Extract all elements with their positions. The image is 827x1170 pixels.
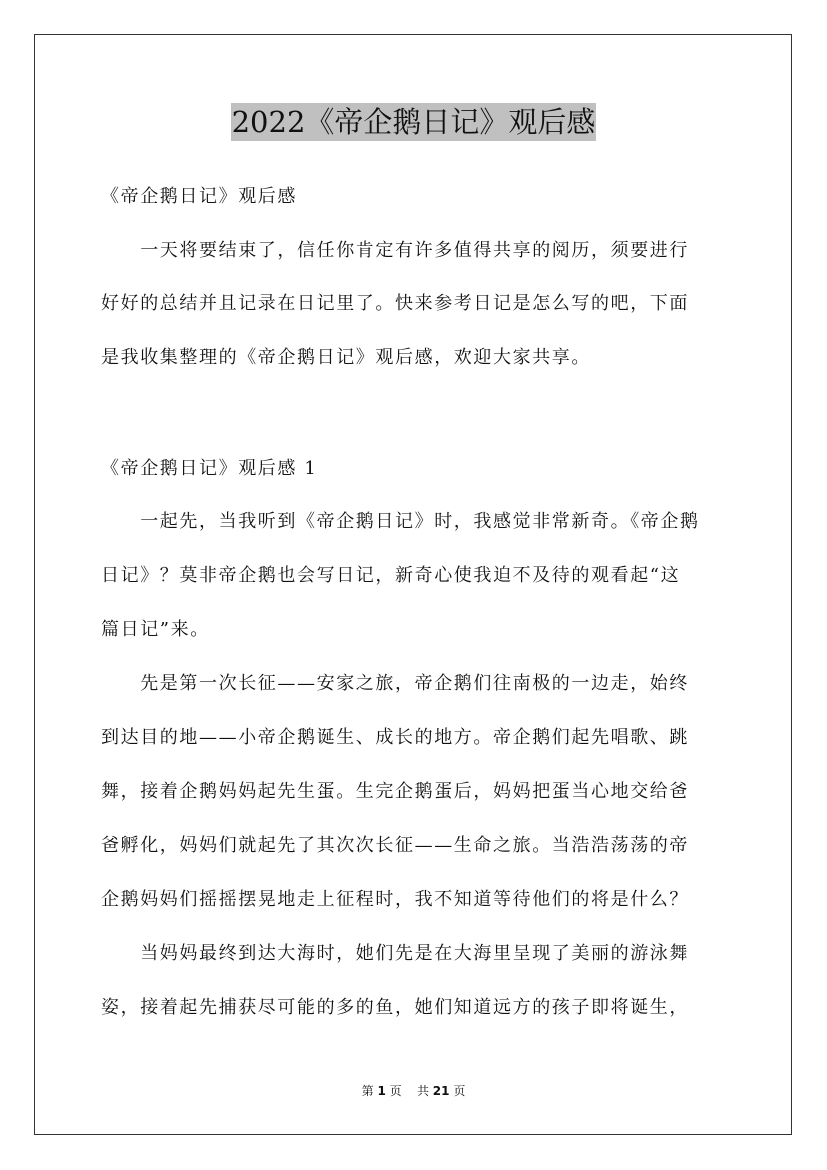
body-line: 企鹅妈妈们摇摇摆晃地走上征程时，我不知道等待他们的将是什么？	[101, 885, 689, 911]
subtitle: 《帝企鹅日记》观后感	[101, 182, 297, 208]
body-line: 日记》？莫非帝企鹅也会写日记，新奇心使我迫不及待的观看起“这	[101, 561, 680, 587]
body-line: 篇日记”来。	[101, 615, 210, 641]
body-line: 姿，接着起先捕获尽可能的多的鱼，她们知道远方的孩子即将诞生，	[101, 993, 689, 1019]
footer-page-prefix: 第	[362, 1084, 374, 1098]
footer-page-number: 1	[377, 1084, 385, 1098]
footer-page-suffix: 页	[390, 1084, 402, 1098]
body-line: 先是第一次长征——安家之旅，帝企鹅们往南极的一边走，始终	[101, 669, 689, 695]
intro-line: 好好的总结并且记录在日记里了。快来参考日记是怎么写的吧，下面	[101, 289, 689, 315]
footer-total-pages: 21	[433, 1084, 450, 1098]
footer-total-suffix: 页	[453, 1084, 465, 1098]
document-title: 2022《帝企鹅日记》观后感	[231, 103, 597, 141]
body-line: 舞，接着企鹅妈妈起先生蛋。生完企鹅蛋后，妈妈把蛋当心地交给爸	[101, 777, 689, 803]
intro-line: 一天将要结束了，信任你肯定有许多值得共享的阅历，须要进行	[101, 236, 689, 262]
intro-line: 是我收集整理的《帝企鹅日记》观后感，欢迎大家共享。	[101, 343, 591, 369]
section-heading: 《帝企鹅日记》观后感 1	[101, 454, 317, 480]
body-line: 一起先，当我听到《帝企鹅日记》时，我感觉非常新奇。《帝企鹅	[101, 507, 700, 533]
body-line: 当妈妈最终到达大海时，她们先是在大海里呈现了美丽的游泳舞	[101, 939, 689, 965]
footer-total-prefix: 共	[417, 1084, 429, 1098]
body-line: 爸孵化，妈妈们就起先了其次次长征——生命之旅。当浩浩荡荡的帝	[101, 831, 689, 857]
body-line: 到达目的地——小帝企鹅诞生、成长的地方。帝企鹅们起先唱歌、跳	[101, 723, 689, 749]
page-footer: 第 1 页 共 21 页	[0, 1082, 827, 1099]
title-container: 2022《帝企鹅日记》观后感	[0, 103, 827, 141]
